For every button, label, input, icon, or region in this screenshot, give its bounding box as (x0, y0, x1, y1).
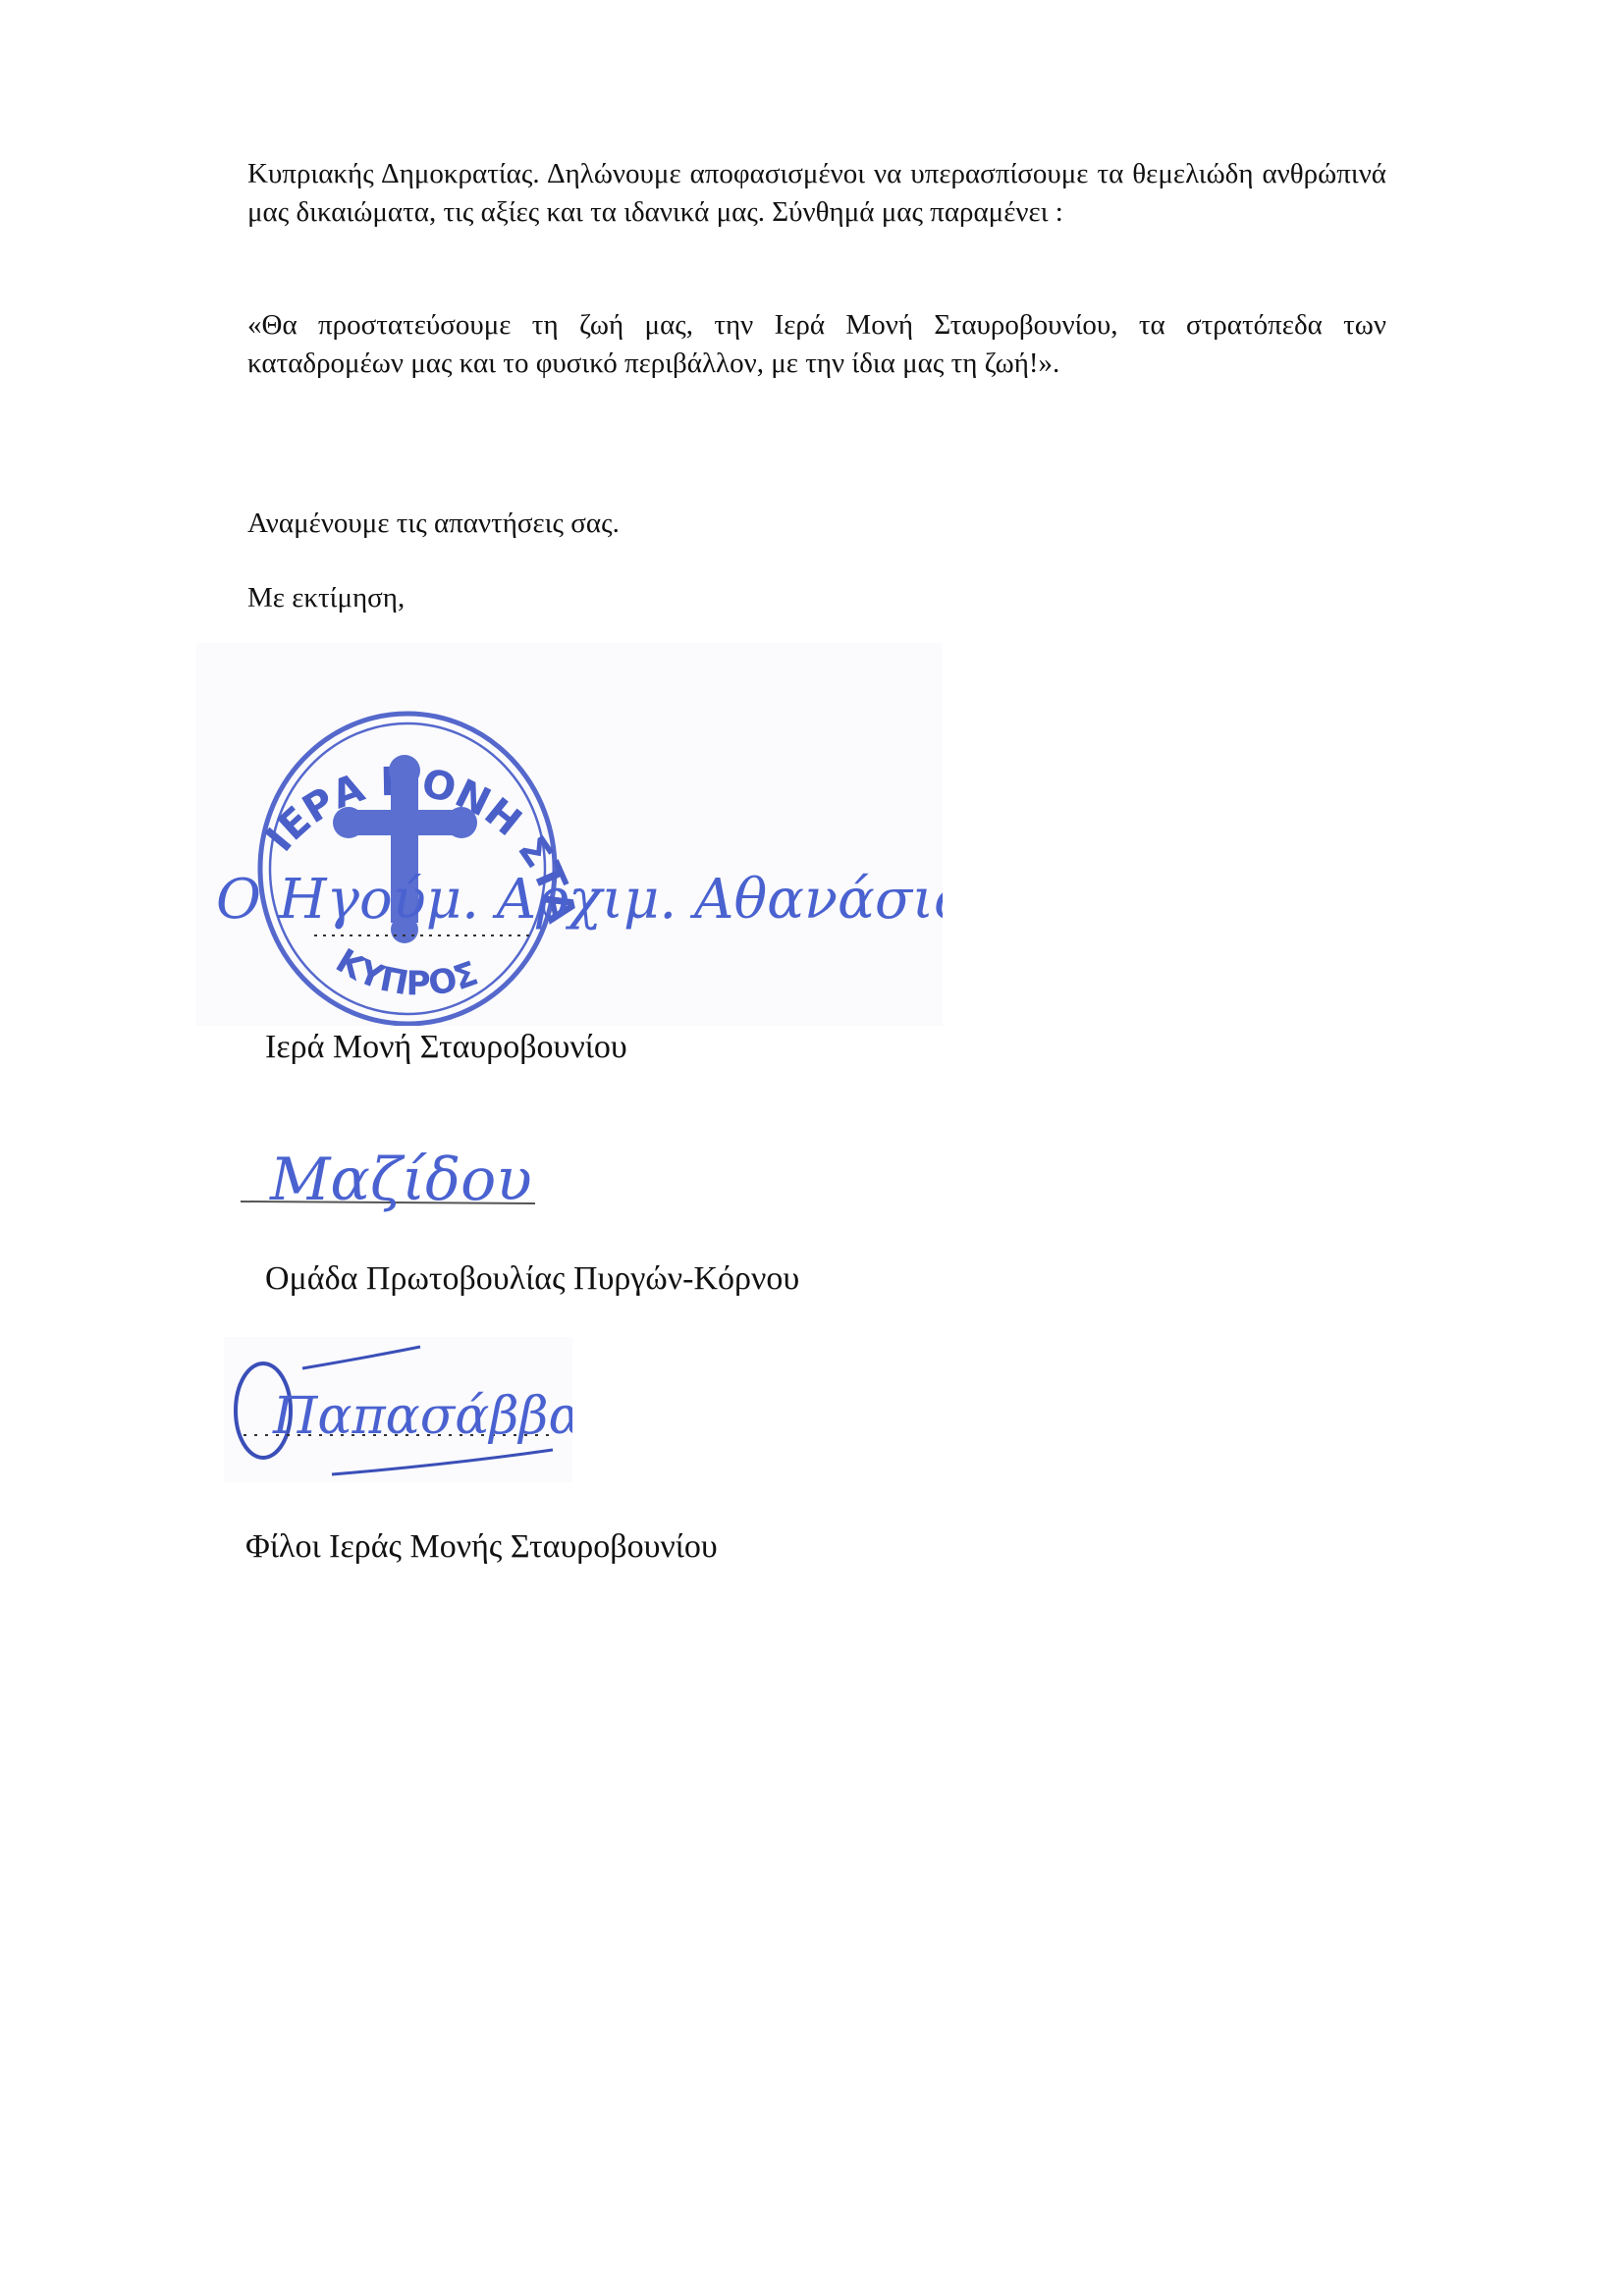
svg-text:Μαζίδου: Μαζίδου (269, 1146, 532, 1214)
handwritten-signature-3: Παπασάββας (224, 1337, 572, 1482)
signatory-friends-of-monastery: Φίλοι Ιεράς Μονής Σταυροβουνίου (245, 1526, 718, 1568)
svg-text:ΚΥΠΡΟΣ: ΚΥΠΡΟΣ (329, 941, 483, 1004)
handwritten-signature-2: Μαζίδου (241, 1129, 555, 1237)
stamp-icon: ΙΕΡΑ ΜΟΝΗ ΣΤΑΥΡΟΒΟΥΝΙΟΥ ΚΥΠΡΟΣ Ο Ηγούμ. … (196, 643, 943, 1026)
svg-text:Ο Ηγούμ. Αρχιμ. Αθανάσιος: Ο Ηγούμ. Αρχιμ. Αθανάσιος (216, 868, 943, 932)
quoted-motto: «Θα προστατεύσουμε τη ζωή μας, την Ιερά … (247, 306, 1386, 383)
salutation: Με εκτίμηση, (247, 579, 405, 617)
monastery-stamp-signature: ΙΕΡΑ ΜΟΝΗ ΣΤΑΥΡΟΒΟΥΝΙΟΥ ΚΥΠΡΟΣ Ο Ηγούμ. … (196, 643, 943, 1026)
svg-text:Παπασάββας: Παπασάββας (272, 1387, 572, 1446)
body-paragraph: Κυπριακής Δημοκρατίας. Δηλώνουμε αποφασι… (247, 155, 1386, 232)
closing-request: Αναμένουμε τις απαντήσεις σας. (247, 505, 620, 543)
signatory-monastery: Ιερά Μονή Σταυροβουνίου (265, 1027, 627, 1068)
signatory-initiative-group: Ομάδα Πρωτοβουλίας Πυργών-Κόρνου (265, 1258, 799, 1300)
